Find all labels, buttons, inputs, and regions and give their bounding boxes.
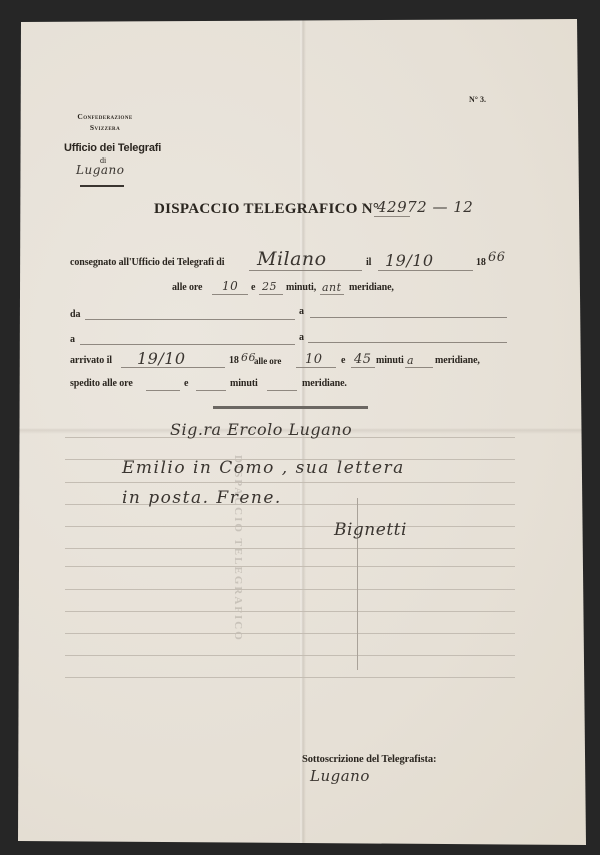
consigned-minutes-field: [259, 294, 283, 295]
route-da-field: [85, 319, 295, 320]
route-a-label-3: a: [299, 332, 304, 343]
arrived-minutes: 45: [354, 352, 372, 367]
ruled-line: [65, 677, 515, 678]
consigned-date-field: [378, 270, 473, 271]
arrived-label: arrivato il: [70, 355, 112, 366]
page-title: DISPACCIO TELEGRAFICO N°: [154, 201, 379, 218]
route-a-field-2: [80, 344, 295, 345]
consigned-ampm-field: [320, 294, 344, 295]
consigned-label: consegnato all'Ufficio dei Telegrafi di: [70, 257, 224, 268]
consigned-year: 66: [488, 250, 506, 265]
route-a-label-2: a: [70, 334, 75, 345]
consigned-city: Milano: [257, 248, 327, 270]
office-label: Ufficio dei Telegrafi: [64, 142, 161, 154]
consigned-il-label: il: [366, 257, 371, 268]
arrived-ampm-field: [405, 367, 433, 368]
message-line-2: in posta. Frene.: [122, 488, 282, 508]
ruled-line: [65, 655, 515, 656]
consigned-date: 19/10: [385, 251, 434, 270]
consigned-hour-field: [212, 294, 248, 295]
consigned-minuti-label: minuti,: [286, 282, 316, 293]
dispatch-number: 42972 — 12: [377, 198, 473, 216]
section-divider: [213, 406, 368, 409]
route-a-field-1: [310, 317, 507, 318]
consigned-minutes: 25: [262, 280, 277, 293]
consigned-year-prefix: 18: [476, 257, 486, 268]
header-confederation: Confederazione: [70, 112, 140, 121]
route-a-field-3: [308, 342, 507, 343]
sent-ampm-field: [267, 390, 297, 391]
ruled-line: [65, 633, 515, 634]
sent-minuti-label: minuti: [230, 378, 258, 389]
sent-hour-field: [146, 390, 180, 391]
consigned-meridiane-label: meridiane,: [349, 282, 394, 293]
dispatch-number-line: [374, 216, 410, 217]
office-city: Lugano: [76, 163, 125, 177]
ruled-line: [65, 611, 515, 612]
message-addressee: Sig.ra Ercolo Lugano: [170, 420, 352, 439]
arrived-minuti-label: minuti: [376, 355, 404, 366]
telegraphist-signature: Lugano: [310, 767, 370, 785]
sent-label: spedito alle ore: [70, 378, 133, 389]
message-signature: Bignetti: [334, 520, 407, 540]
ruled-line: [65, 482, 515, 483]
consigned-hour: 10: [222, 279, 238, 293]
form-number: N° 3.: [469, 95, 486, 104]
consigned-ampm: ant: [322, 281, 342, 294]
consigned-city-field: [249, 270, 362, 271]
arrived-time-label: alle ore: [254, 356, 281, 366]
arrived-year-prefix: 18: [229, 355, 239, 366]
sent-e-label: e: [184, 378, 188, 389]
ruled-line: [65, 548, 515, 549]
header-switzerland: Svizzera: [70, 123, 140, 132]
consigned-e-label: e: [251, 282, 255, 293]
arrived-minutes-field: [351, 367, 375, 368]
sent-meridiane-label: meridiane.: [302, 378, 347, 389]
arrived-meridiane-label: meridiane,: [435, 355, 480, 366]
ruled-line: [65, 589, 515, 590]
office-underline: [80, 185, 124, 187]
ruled-line: [65, 566, 515, 567]
message-line-1: Emilio in Como , sua lettera: [122, 458, 405, 478]
arrived-date: 19/10: [137, 349, 186, 368]
route-da-label: da: [70, 309, 80, 320]
consigned-time-label: alle ore: [172, 282, 202, 293]
route-a-label-1: a: [299, 306, 304, 317]
sent-minutes-field: [196, 390, 226, 391]
telegraphist-signature-label: Sottoscrizione del Telegrafista:: [302, 754, 436, 765]
arrived-hour: 10: [305, 352, 323, 367]
arrived-ampm: a: [407, 354, 414, 367]
arrived-e-label: e: [341, 355, 345, 366]
ruled-line: [65, 526, 515, 527]
arrived-hour-field: [296, 367, 336, 368]
